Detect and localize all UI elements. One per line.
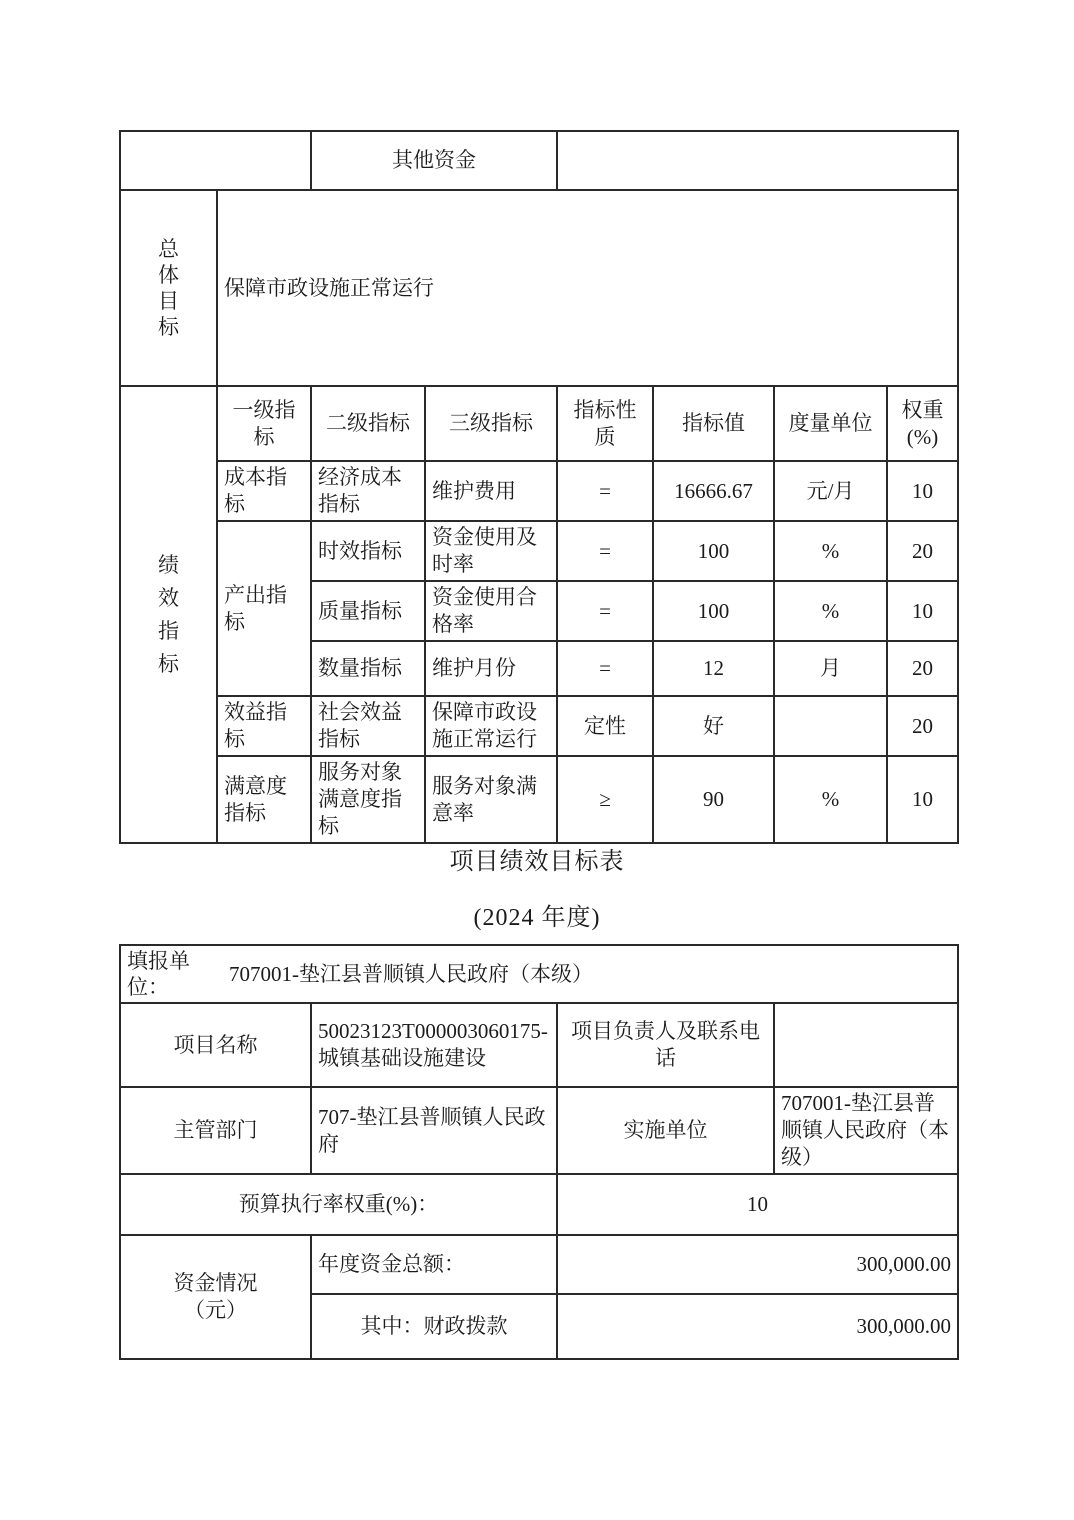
budget-weight-label-cell: 预算执行率权重(%)： [120,1174,557,1235]
nature-cell: = [557,521,653,581]
value-cell: 16666.67 [653,461,774,521]
performance-indicators-table: 其他资金 总体目标 保障市政设施正常运行 绩效指标 一级指标 二级指标 三级指标… [119,130,959,844]
doc-year-subtitle: (2024 年度) [0,901,1074,935]
value-cell: 100 [653,521,774,581]
weight-cell: 20 [887,521,958,581]
perf-section-label: 绩效指标 [157,549,181,681]
weight-cell: 10 [887,581,958,641]
document-page: 其他资金 总体目标 保障市政设施正常运行 绩效指标 一级指标 二级指标 三级指标… [0,0,1074,1520]
weight-cell: 10 [887,461,958,521]
value-cell: 好 [653,696,774,756]
header-value-cell: 指标值 [653,386,774,461]
level3-cell: 资金使用合格率 [425,581,557,641]
other-funds-row: 其他资金 [120,131,958,190]
level3-cell: 资金使用及时率 [425,521,557,581]
dept-value-cell: 707-垫江县普顺镇人民政府 [311,1087,557,1174]
dept-row: 主管部门 707-垫江县普顺镇人民政府 实施单位 707001-垫江县普顺镇人民… [120,1087,958,1174]
funds-label: 资金情况（元） [168,1270,264,1324]
funds-total-row: 资金情况（元） 年度资金总额： 300,000.00 [120,1235,958,1294]
impl-unit-label-cell: 实施单位 [557,1087,774,1174]
perf-row-satisfaction: 满意度指标 服务对象满意度指标 服务对象满意率 ≥ 90 % 10 [120,756,958,843]
other-funds-empty-left-cell [120,131,311,190]
value-cell: 90 [653,756,774,843]
project-name-value-cell: 50023123T000003060175-城镇基础设施建设 [311,1003,557,1087]
perf-row-cost: 成本指标 经济成本指标 维护费用 = 16666.67 元/月 10 [120,461,958,521]
weight-cell: 20 [887,696,958,756]
level3-cell: 维护费用 [425,461,557,521]
weight-cell: 20 [887,641,958,696]
overall-goal-label: 总体目标 [157,236,181,340]
perf-row-timeliness: 产出指标 时效指标 资金使用及时率 = 100 % 20 [120,521,958,581]
level1-cell: 效益指标 [217,696,311,756]
project-name-label-cell: 项目名称 [120,1003,311,1087]
budget-weight-row: 预算执行率权重(%)： 10 [120,1174,958,1235]
impl-unit-value-cell: 707001-垫江县普顺镇人民政府（本级） [774,1087,958,1174]
overall-goal-value-cell: 保障市政设施正常运行 [217,190,958,386]
funds-fiscal-value-cell: 300,000.00 [557,1294,958,1359]
funds-total-label-cell: 年度资金总额： [311,1235,557,1294]
other-funds-label-cell: 其他资金 [311,131,557,190]
header-nature-cell: 指标性质 [557,386,653,461]
level2-cell: 社会效益指标 [311,696,425,756]
level1-cell: 满意度指标 [217,756,311,843]
level3-cell: 服务对象满意率 [425,756,557,843]
doc-title: 项目绩效目标表 [0,845,1074,879]
value-cell: 100 [653,581,774,641]
budget-weight-value-cell: 10 [557,1174,958,1235]
unit-cell: 元/月 [774,461,887,521]
level2-cell: 经济成本指标 [311,461,425,521]
nature-cell: ≥ [557,756,653,843]
overall-goal-row: 总体目标 保障市政设施正常运行 [120,190,958,386]
unit-cell: 月 [774,641,887,696]
level1-cell: 成本指标 [217,461,311,521]
level2-cell: 时效指标 [311,521,425,581]
header-nature: 指标性质 [572,397,638,451]
unit-cell [774,696,887,756]
project-name-row: 项目名称 50023123T000003060175-城镇基础设施建设 项目负责… [120,1003,958,1087]
level3-cell: 保障市政设施正常运行 [425,696,557,756]
value-cell: 12 [653,641,774,696]
leader-value-cell [774,1003,958,1087]
report-unit-content: 填报单位： 707001-垫江县普顺镇人民政府（本级） [127,948,951,1000]
header-level3-cell: 三级指标 [425,386,557,461]
nature-cell: = [557,461,653,521]
funds-total-value-cell: 300,000.00 [557,1235,958,1294]
nature-cell: = [557,581,653,641]
unit-cell: % [774,521,887,581]
unit-cell: % [774,581,887,641]
header-level1-cell: 一级指标 [217,386,311,461]
report-unit-row: 填报单位： 707001-垫江县普顺镇人民政府（本级） [120,945,958,1003]
header-level1: 一级指标 [231,397,297,451]
nature-cell: 定性 [557,696,653,756]
dept-label-cell: 主管部门 [120,1087,311,1174]
header-weight-cell: 权重(%) [887,386,958,461]
level2-cell: 质量指标 [311,581,425,641]
funds-fiscal-label-cell: 其中：财政拨款 [311,1294,557,1359]
report-unit-value: 707001-垫江县普顺镇人民政府（本级） [229,961,593,988]
level1-cell: 产出指标 [217,521,311,696]
funds-label-cell: 资金情况（元） [120,1235,311,1359]
header-unit-cell: 度量单位 [774,386,887,461]
level2-cell: 服务对象满意度指标 [311,756,425,843]
perf-header-row: 绩效指标 一级指标 二级指标 三级指标 指标性质 指标值 度量单位 权重(%) [120,386,958,461]
leader-label-cell: 项目负责人及联系电话 [557,1003,774,1087]
overall-goal-label-cell: 总体目标 [120,190,217,386]
report-unit-label: 填报单位： [127,948,199,1000]
unit-cell: % [774,756,887,843]
perf-section-label-cell: 绩效指标 [120,386,217,843]
perf-row-benefit: 效益指标 社会效益指标 保障市政设施正常运行 定性 好 20 [120,696,958,756]
nature-cell: = [557,641,653,696]
other-funds-value-cell [557,131,958,190]
weight-cell: 10 [887,756,958,843]
header-level2-cell: 二级指标 [311,386,425,461]
project-info-table: 填报单位： 707001-垫江县普顺镇人民政府（本级） 项目名称 5002312… [119,944,959,1360]
level3-cell: 维护月份 [425,641,557,696]
report-unit-cell: 填报单位： 707001-垫江县普顺镇人民政府（本级） [120,945,958,1003]
level2-cell: 数量指标 [311,641,425,696]
